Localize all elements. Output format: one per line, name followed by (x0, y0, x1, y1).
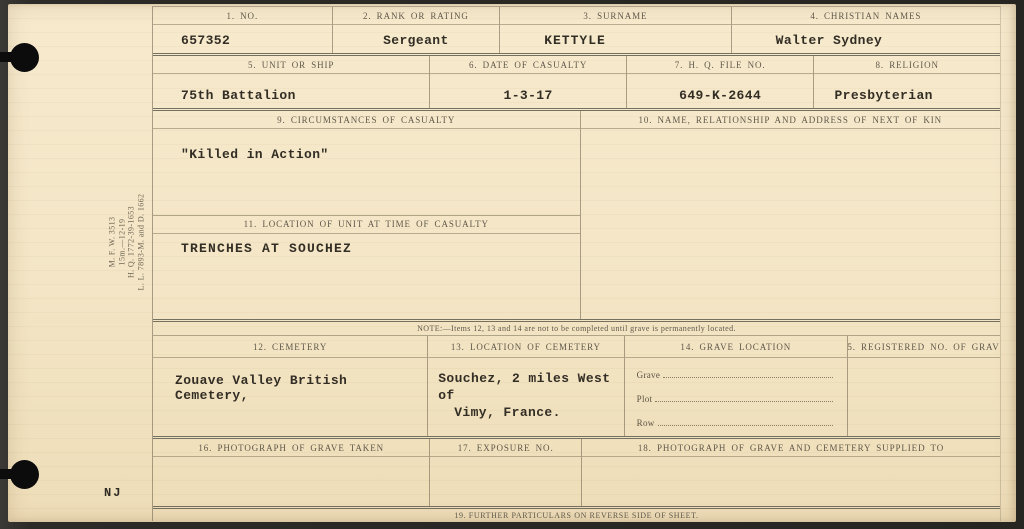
form-print-code-line: H. Q. 1772-39-1653 (126, 194, 136, 291)
field-no: 1. NO. 657352 (153, 7, 333, 53)
field-photo-taken: 16. PHOTOGRAPH OF GRAVE TAKEN (153, 439, 430, 506)
grave-row-label: Row (637, 418, 655, 428)
dotted-leader (655, 401, 833, 402)
field-hq-file-no-label: 7. H. Q. FILE NO. (627, 56, 814, 74)
field-rank-label: 2. RANK OR RATING (333, 7, 500, 25)
grave-location-rows: Grave Plot Row (625, 358, 847, 436)
field-surname-label: 3. SURNAME (500, 7, 730, 25)
field-rank: 2. RANK OR RATING Sergeant (333, 7, 501, 53)
punch-hole-icon (10, 43, 39, 72)
field-next-of-kin-value (581, 129, 1001, 319)
photo-backdrop: M. F. W. 3513 15m.—12-19 H. Q. 1772-39-1… (0, 0, 1024, 529)
field-surname: 3. SURNAME KETTYLE (500, 7, 731, 53)
field-rank-value: Sergeant (333, 25, 500, 53)
field-registered-no: 15. REGISTERED NO. OF GRAVE (848, 336, 1000, 436)
form-print-code-text: M. F. W. 3513 15m.—12-19 H. Q. 1772-39-1… (107, 194, 145, 291)
field-grave-location-label: 14. GRAVE LOCATION (625, 336, 847, 358)
field-exposure-no: 17. EXPOSURE NO. (430, 439, 582, 506)
form-print-code-line: L. L. 7893-M. and D. 1662 (136, 194, 146, 291)
casualty-record-card: M. F. W. 3513 15m.—12-19 H. Q. 1772-39-1… (8, 4, 1016, 522)
field-exposure-no-label: 17. EXPOSURE NO. (430, 439, 581, 457)
field-surname-value: KETTYLE (500, 25, 730, 53)
field-exposure-no-value (430, 457, 581, 506)
field-date-of-casualty-value: 1-3-17 (430, 74, 626, 108)
form-grid: 1. NO. 657352 2. RANK OR RATING Sergeant… (152, 6, 1001, 521)
field-circumstances-value: "Killed in Action" (153, 129, 580, 216)
footer-note: 19. FURTHER PARTICULARS ON REVERSE SIDE … (153, 509, 1000, 522)
field-photo-supplied-label: 18. PHOTOGRAPH OF GRAVE AND CEMETERY SUP… (582, 439, 1000, 457)
grave-row: Row (637, 418, 835, 428)
field-religion-value: Presbyterian (814, 74, 1000, 108)
dotted-leader (663, 377, 833, 378)
row-unit: 5. UNIT OR SHIP 75th Battalion 6. DATE O… (153, 56, 1000, 111)
field-cemetery-location-label: 13. LOCATION OF CEMETERY (428, 336, 623, 358)
field-cemetery-location: 13. LOCATION OF CEMETERY Souchez, 2 mile… (428, 336, 624, 436)
cemetery-location-line: Souchez, 2 miles West of (438, 370, 623, 404)
field-cemetery-value: Zouave Valley British Cemetery, (153, 358, 427, 436)
field-unit: 5. UNIT OR SHIP 75th Battalion (153, 56, 430, 108)
cemetery-location-line: Vimy, France. (438, 404, 623, 421)
form-print-code-line: M. F. W. 3513 (107, 194, 117, 291)
field-hq-file-no: 7. H. Q. FILE NO. 649-K-2644 (627, 56, 815, 108)
form-print-code-line: 15m.—12-19 (117, 194, 127, 291)
grave-row-label: Grave (637, 370, 661, 380)
stub-initials: NJ (104, 486, 122, 500)
form-print-code: M. F. W. 3513 15m.—12-19 H. Q. 1772-39-1… (104, 188, 148, 296)
field-cemetery: 12. CEMETERY Zouave Valley British Cemet… (153, 336, 428, 436)
field-date-of-casualty-label: 6. DATE OF CASUALTY (430, 56, 626, 74)
field-circumstances: 9. CIRCUMSTANCES OF CASUALTY "Killed in … (153, 111, 581, 319)
field-cemetery-label: 12. CEMETERY (153, 336, 427, 358)
grave-row: Plot (637, 394, 835, 404)
field-hq-file-no-value: 649-K-2644 (627, 74, 814, 108)
field-photo-taken-value (153, 457, 429, 506)
field-photo-supplied-value (582, 457, 1000, 506)
grave-row-label: Plot (637, 394, 653, 404)
field-next-of-kin: 10. NAME, RELATIONSHIP AND ADDRESS OF NE… (581, 111, 1001, 319)
grave-row: Grave (637, 370, 835, 380)
punch-hole-icon (10, 460, 39, 489)
dotted-leader (658, 425, 833, 426)
row-identity: 1. NO. 657352 2. RANK OR RATING Sergeant… (153, 7, 1000, 56)
field-circumstances-label: 9. CIRCUMSTANCES OF CASUALTY (153, 111, 580, 129)
row-photograph: 16. PHOTOGRAPH OF GRAVE TAKEN 17. EXPOSU… (153, 439, 1000, 509)
field-registered-no-label: 15. REGISTERED NO. OF GRAVE (848, 336, 1000, 358)
field-religion-label: 8. RELIGION (814, 56, 1000, 74)
field-date-of-casualty: 6. DATE OF CASUALTY 1-3-17 (430, 56, 627, 108)
field-grave-location: 14. GRAVE LOCATION Grave Plot Row (625, 336, 848, 436)
field-photo-supplied: 18. PHOTOGRAPH OF GRAVE AND CEMETERY SUP… (582, 439, 1000, 506)
row-circumstances: 9. CIRCUMSTANCES OF CASUALTY "Killed in … (153, 111, 1000, 336)
field-christian-names-value: Walter Sydney (732, 25, 1000, 53)
field-christian-names: 4. CHRISTIAN NAMES Walter Sydney (732, 7, 1000, 53)
field-unit-location-label: 11. LOCATION OF UNIT AT TIME OF CASUALTY (153, 216, 580, 234)
field-unit-value: 75th Battalion (153, 74, 429, 108)
field-unit-location-value: TRENCHES AT SOUCHEZ (153, 234, 580, 320)
row-cemetery: 12. CEMETERY Zouave Valley British Cemet… (153, 336, 1000, 439)
field-unit-label: 5. UNIT OR SHIP (153, 56, 429, 74)
field-photo-taken-label: 16. PHOTOGRAPH OF GRAVE TAKEN (153, 439, 429, 457)
field-cemetery-location-value: Souchez, 2 miles West of Vimy, France. (428, 358, 623, 436)
field-registered-no-value (848, 358, 1000, 436)
field-christian-names-label: 4. CHRISTIAN NAMES (732, 7, 1000, 25)
field-no-value: 657352 (153, 25, 332, 53)
grave-note: NOTE:—Items 12, 13 and 14 are not to be … (153, 319, 1000, 336)
field-no-label: 1. NO. (153, 7, 332, 25)
field-next-of-kin-label: 10. NAME, RELATIONSHIP AND ADDRESS OF NE… (581, 111, 1001, 129)
field-religion: 8. RELIGION Presbyterian (814, 56, 1000, 108)
